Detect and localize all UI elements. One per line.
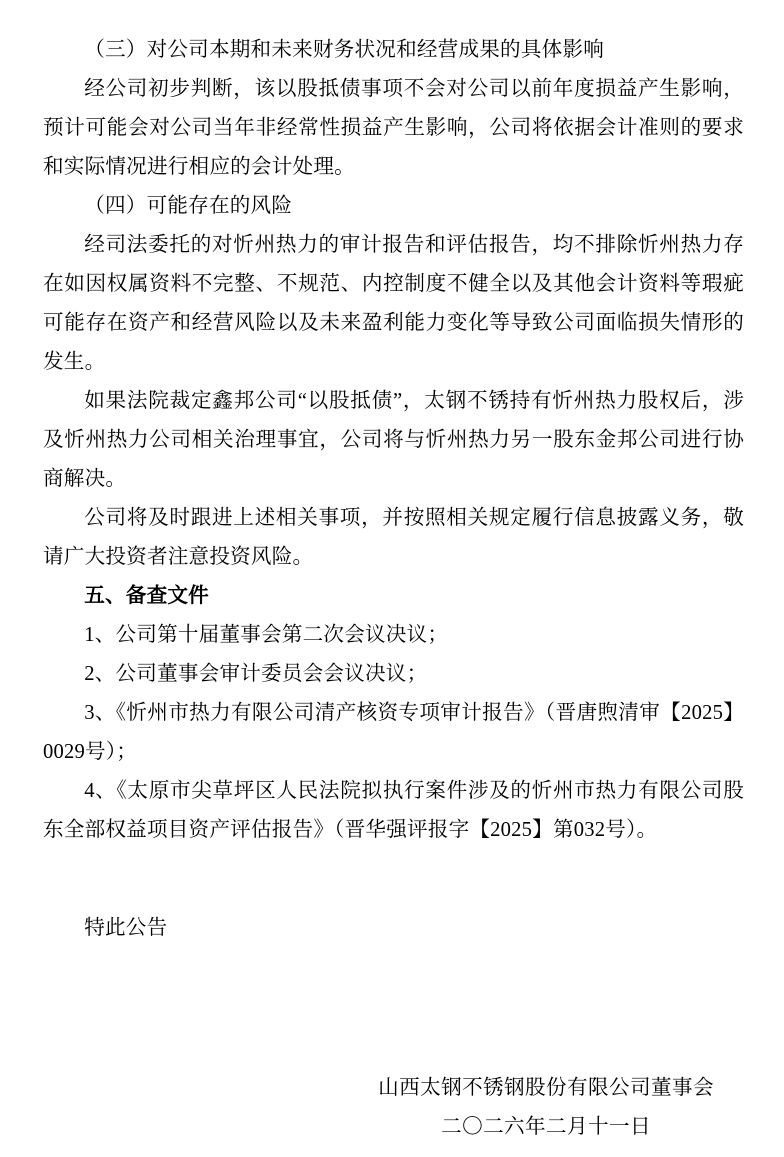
paragraph-court-ruling: 如果法院裁定鑫邦公司“以股抵债”，太钢不锈持有忻州热力股权后，涉及忻州热力公司相… — [43, 382, 744, 499]
section-heading-five: 五、备查文件 — [43, 577, 744, 616]
paragraph-disclosure: 公司将及时跟进上述相关事项，并按照相关规定履行信息披露义务，敬请广大投资者注意投… — [43, 499, 744, 577]
announcement-document: （三）对公司本期和未来财务状况和经营成果的具体影响 经公司初步判断，该以股抵债事… — [0, 0, 784, 1157]
signature-inner: 山西太钢不锈钢股份有限公司董事会 二〇二六年二月十一日 — [378, 1069, 714, 1147]
company-signature: 山西太钢不锈钢股份有限公司董事会 — [378, 1069, 714, 1108]
paragraph-impact: 经公司初步判断，该以股抵债事项不会对公司以前年度损益产生影响，预计可能会对公司当… — [43, 70, 744, 187]
signature-block: 山西太钢不锈钢股份有限公司董事会 二〇二六年二月十一日 — [43, 1069, 714, 1147]
section-heading-three: （三）对公司本期和未来财务状况和经营成果的具体影响 — [43, 31, 744, 70]
closing-notice: 特此公告 — [43, 909, 744, 948]
reference-doc-item-1: 1、公司第十届董事会第二次会议决议； — [43, 616, 744, 655]
section-heading-four: （四）可能存在的风险 — [43, 187, 744, 226]
paragraph-risk-audit: 经司法委托的对忻州热力的审计报告和评估报告，均不排除忻州热力存在如因权属资料不完… — [43, 226, 744, 382]
signature-date: 二〇二六年二月十一日 — [378, 1108, 714, 1147]
reference-doc-item-3: 3、《忻州市热力有限公司清产核资专项审计报告》（晋唐煦清审【2025】0029号… — [43, 694, 744, 772]
reference-doc-item-2: 2、公司董事会审计委员会会议决议； — [43, 655, 744, 694]
reference-doc-item-4: 4、《太原市尖草坪区人民法院拟执行案件涉及的忻州市热力有限公司股东全部权益项目资… — [43, 772, 744, 850]
